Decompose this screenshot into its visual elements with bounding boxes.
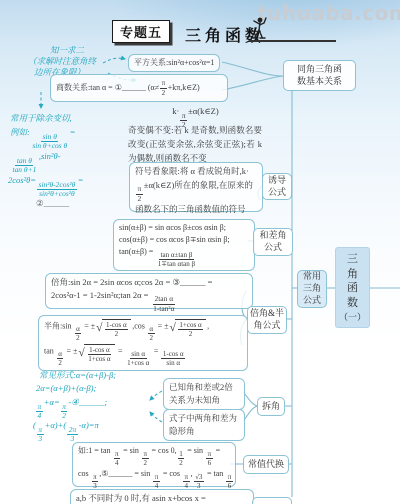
node-label: 拆角 [262, 401, 280, 413]
induction-rule-text: 奇变偶不变:若 k 是奇数,则函数名要改变(正弦变余弦,余弦变正弦);若 k 为… [128, 124, 262, 165]
hw-left-line3: 2cos²θ=sin²θ-2cos²θsin²θ+cos²θ= [8, 174, 84, 199]
node-label: 公式 [268, 187, 286, 199]
half-angle-box: 半角:sin α2 = ±√1-cos α2,cos α2 = ±√1+cos … [38, 315, 248, 371]
formula-line: tan α2 = ±√1-cos α1+cos α = sin α1+cos α… [44, 344, 242, 368]
watermark: tuhuaba.com [257, 1, 400, 25]
aux-angle-partial-box: a,b 不同时为 0 时,有 asin x+bcos x = [70, 489, 254, 504]
induction-sign-box: 符号看象限:将 α 看成锐角时,k·π2±α(k∈Z)所在的象限,在原来的函数名… [129, 162, 263, 212]
formula-line: 半角:sin α2 = ±√1-cos α2,cos α2 = ±√1+cos … [44, 319, 242, 343]
root-char: 函 [347, 281, 358, 296]
formula-line: 2cos²α-1 = 1-2sin²α;tan 2α = 2tan α1-tan… [51, 289, 247, 314]
sum-diff-box: sin(α±β) = sin αcos β±cos αsin β; cos(α±… [113, 219, 255, 271]
formula-line: tan(α±β) = tan α±tan β1∓tan αtan β [119, 246, 249, 269]
node-same-angle-relations: 同角三角函 数基本关系 [283, 60, 356, 91]
constant-substitution-box: 如:1 = tan π4 = sin π2 = cos 0,12 = sin π… [72, 442, 236, 487]
node-common-formulas-hub: 常用 三角 公式 [297, 270, 327, 308]
root-char: 数 [347, 296, 358, 311]
hw-left-title: 常用于除余变切, [10, 112, 72, 125]
page: tuhuaba.com 专题五 三角函数 知一求二 （求解时注意角终 边所在象限… [0, 0, 400, 504]
quotient-relation-box: 商数关系:tan α = ①______ (α≠π2+kπ,k∈Z) [50, 74, 228, 102]
formula-line: 如:1 = tan π4 = sin π2 = cos 0,12 = sin π… [78, 445, 230, 468]
node-label: 诱导 [268, 175, 286, 187]
node-label: 和差角 [259, 230, 286, 242]
split-angle-box1: 已知角和差或2倍关系为未知角 [163, 378, 245, 410]
node-label: 常值代换 [248, 459, 284, 471]
square-relation-box: 平方关系:sin²α+cos²α=1 [128, 54, 220, 72]
node-split-angle: 拆角 [257, 397, 285, 416]
partial-branch-node [252, 497, 292, 504]
node-label: 倍角&半 [250, 308, 284, 320]
hw-mid-line3: π4+α=π2-④______; [35, 396, 107, 421]
root-char: （一） [339, 311, 366, 323]
node-constant-substitution: 常值代换 [243, 455, 289, 474]
node-label: 同角三角函 [297, 64, 342, 76]
hw-left-line1: 例如:sin θsin θ+cos θ= [10, 126, 75, 151]
title-underline [249, 40, 336, 42]
node-label: 角公式 [253, 320, 280, 332]
formula-line: 倍角:sin 2α = 2sin αcos α;cos 2α = ③______… [51, 276, 247, 289]
node-induction-formulas: 诱导 公式 [262, 173, 292, 200]
root-char: 角 [347, 267, 358, 282]
hw-mid-line2: 2α=(α+β)+(α-β); [36, 382, 96, 395]
node-label: 公式 [264, 242, 282, 254]
hw-left-line2: tan θtan θ+1,sin²θ- [10, 150, 60, 175]
node-double-half-angle: 倍角&半 角公式 [247, 306, 287, 334]
root-char: 三 [347, 252, 358, 267]
formula-line: cos(α±β) = cos αcos β∓sin αsin β; [119, 234, 249, 246]
split-angle-box2: 式子中两角和差为隐形角 [163, 409, 245, 441]
node-sum-diff-formulas: 和差角 公式 [253, 228, 293, 256]
double-angle-box: 倍角:sin 2α = 2sin αcos α;cos 2α = ③______… [45, 273, 253, 309]
formula-line: cos π3,⑤______ = sin π4 = cos π4,√33 = t… [78, 468, 230, 491]
hw-mid-line1: 常见形式:α=(α+β)-β; [39, 369, 116, 382]
formula-line: sin(α±β) = sin αcos β±cos αsin β; [119, 222, 249, 234]
blank-2: ②______ [36, 198, 69, 209]
node-label: 常用 [303, 271, 321, 283]
node-label: 三角 [303, 283, 321, 295]
hw-mid-line4: (π3+α)+(2π3-α)=π [33, 419, 99, 444]
root-node-trig-functions-1: 三 角 函 数 （一） [335, 247, 370, 328]
chapter-badge: 专题五 [112, 20, 170, 43]
node-label: 公式 [303, 295, 321, 307]
node-label: 数基本关系 [297, 76, 342, 88]
